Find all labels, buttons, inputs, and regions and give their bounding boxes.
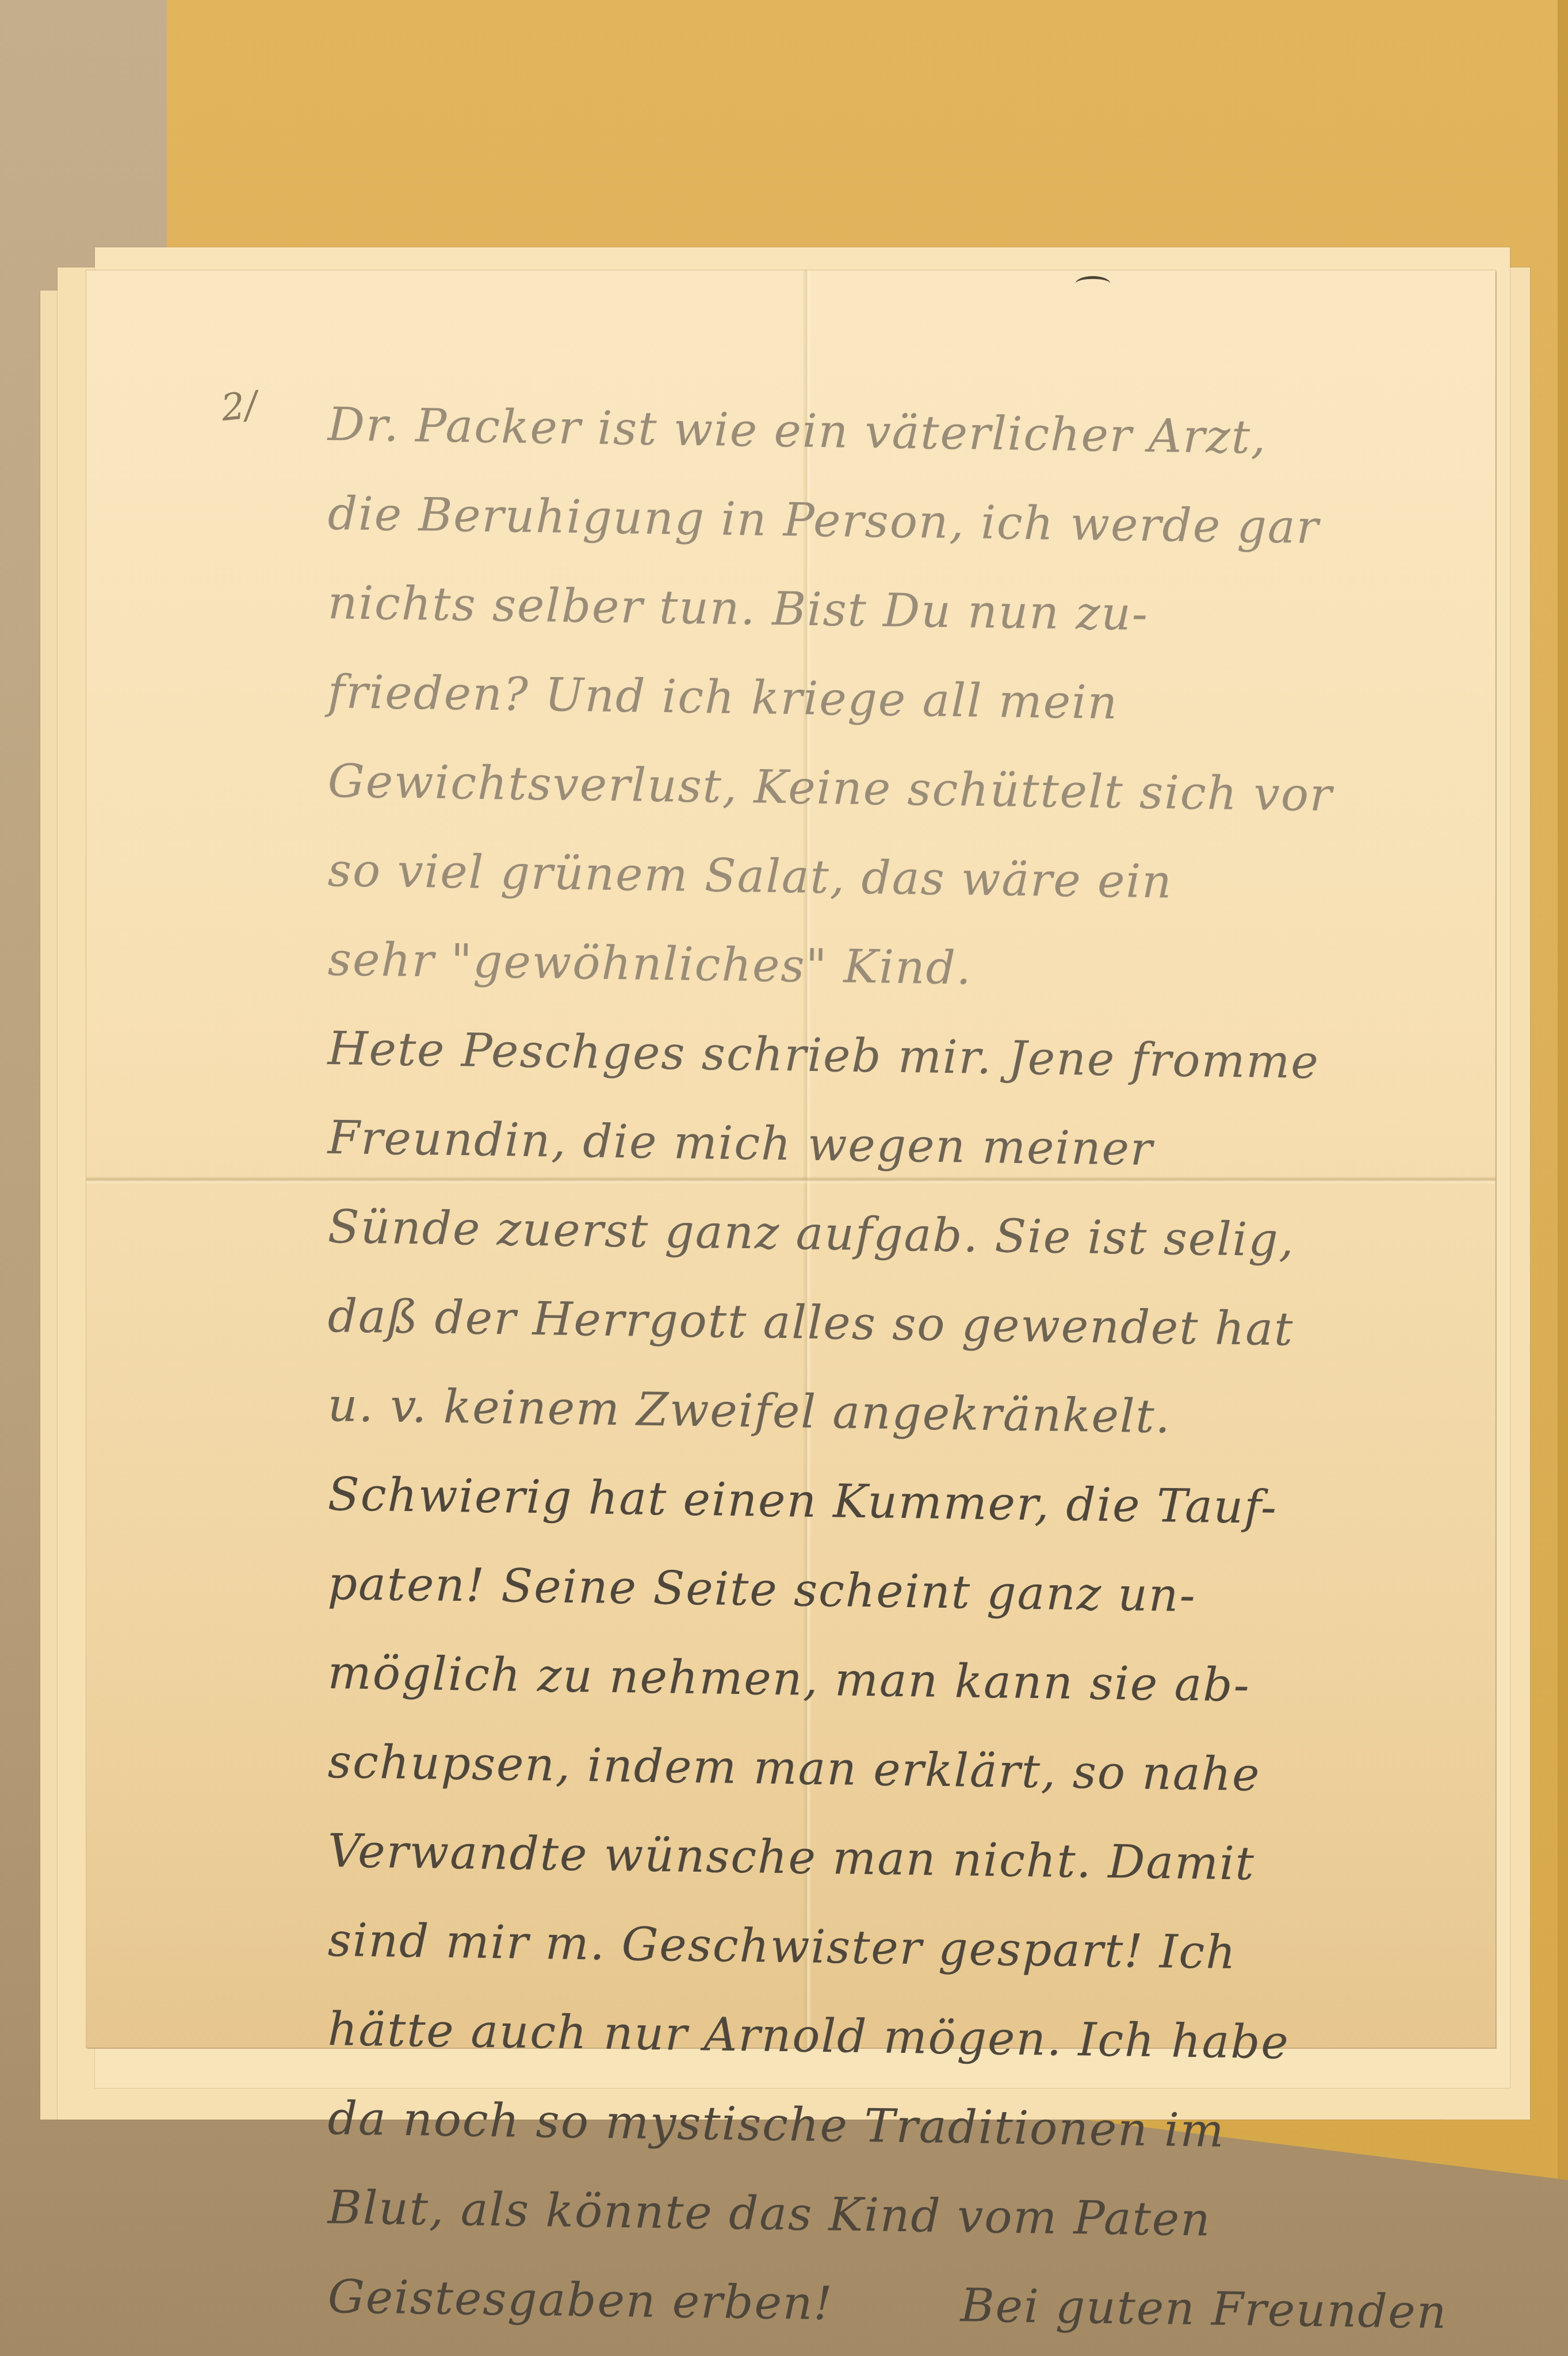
letter-line: u. v. keinem Zweifel angekränkelt. (327, 1360, 1473, 1466)
letter-line: Gewichtsverlust, Keine schüttelt sich vo… (327, 736, 1473, 842)
letter-line-last: Geistesgaben erben! Bei guten Freunden (327, 2252, 1473, 2356)
letter-line: so viel grünem Salat, das wäre ein (327, 825, 1473, 931)
letter-line: Verwandte wünsche man nicht. Damit (327, 1806, 1473, 1911)
letter-line: paten! Seine Seite scheint ganz un- (327, 1539, 1473, 1644)
letter-line: Blut, als könnte das Kind vom Paten (327, 2163, 1473, 2268)
letter-line: Sünde zuerst ganz aufgab. Sie ist selig, (327, 1182, 1473, 1287)
letter-line: möglich zu nehmen, man kann sie ab- (327, 1628, 1473, 1733)
letter-line: Freundin, die mich wegen meiner (327, 1093, 1473, 1198)
closing-phrase: Bei guten Freunden (960, 2261, 1448, 2356)
letter-line: sind mir m. Geschwister gespart! Ich (327, 1895, 1473, 2001)
letter-line: hätte auch nur Arnold mögen. Ich habe (327, 1984, 1473, 2090)
letter-line: Hete Peschges schrieb mir. Jene fromme (327, 1004, 1473, 1109)
letter-line: Dr. Packer ist wie ein väterlicher Arzt, (327, 380, 1473, 485)
letter-sheet: 2/ Dr. Packer ist wie ein väterlicher Ar… (86, 270, 1496, 2048)
pencil-mark (1076, 276, 1110, 290)
letter-text: Geistesgaben erben! (327, 2270, 833, 2330)
page-number: 2/ (219, 384, 259, 430)
letter-line: die Beruhigung in Person, ich werde gar (327, 469, 1473, 574)
letter-line: schupsen, indem man erklärt, so nahe (327, 1717, 1473, 1822)
letter-line: nichts selber tun. Bist Du nun zu- (327, 558, 1473, 663)
letter-line: da noch so mystische Traditionen im (327, 2074, 1473, 2179)
letter-line: frieden? Und ich kriege all mein (327, 647, 1473, 752)
folder-edge (1558, 0, 1568, 2186)
letter-line: sehr "gewöhnliches" Kind. (327, 915, 1473, 1020)
letter-line: Schwierig hat einen Kummer, die Tauf- (327, 1449, 1473, 1555)
letter-body: Dr. Packer ist wie ein väterlicher Arzt,… (328, 380, 1473, 2341)
letter-line: daß der Herrgott alles so gewendet hat (327, 1271, 1473, 1376)
